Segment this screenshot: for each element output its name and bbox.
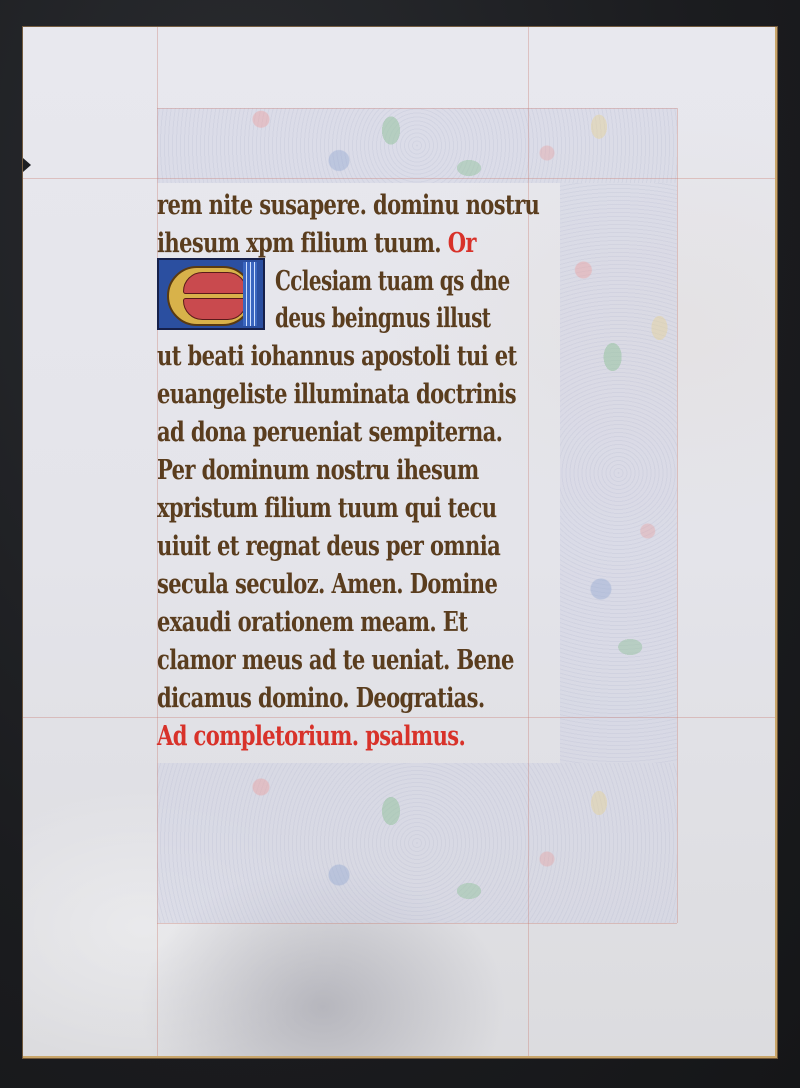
text-line-3: Cclesiam tuam qs dne — [275, 262, 510, 302]
text-line-13: clamor meus ad te ueniat. Bene — [157, 641, 514, 681]
initial-blue-stroke — [243, 262, 257, 326]
text-line-4: deus beingnus illust — [275, 299, 490, 339]
right-border-decoration — [560, 183, 677, 763]
ruling-line — [528, 27, 529, 1056]
text-line-7: ad dona perueniat sempiterna. — [157, 413, 502, 453]
rubric-heading-completorium: Ad completorium. psalmus. — [157, 717, 465, 757]
text-line-10: uiuit et regnat deus per omnia — [157, 527, 500, 567]
text-line-5: ut beati iohannus apostoli tui et — [157, 337, 517, 377]
ruling-line — [157, 923, 677, 924]
initial-lower-bowl — [183, 298, 247, 320]
illuminated-initial-e — [157, 258, 265, 330]
top-border-decoration — [157, 108, 677, 183]
rubric-oratio: Or — [448, 228, 476, 259]
text-line-6: euangeliste illuminata doctrinis — [157, 375, 516, 415]
text-line-8: Per dominum nostru ihesum — [157, 451, 479, 491]
text-line-14: dicamus domino. Deogratias. — [157, 679, 485, 719]
text-line-11: secula seculoz. Amen. Domine — [157, 565, 497, 605]
text-line-9: xpristum filium tuum qui tecu — [157, 489, 496, 529]
ruling-line — [23, 178, 775, 179]
ruling-line — [677, 108, 678, 923]
text-line-12: exaudi orationem meam. Et — [157, 603, 467, 643]
text-line-2: ihesum xpm filium tuum. Or — [157, 224, 476, 264]
text-line-1: rem nite susapere. dominu nostru — [157, 186, 539, 226]
ruling-line — [157, 108, 677, 109]
initial-upper-bowl — [183, 272, 247, 294]
bottom-border-decoration — [157, 763, 677, 923]
